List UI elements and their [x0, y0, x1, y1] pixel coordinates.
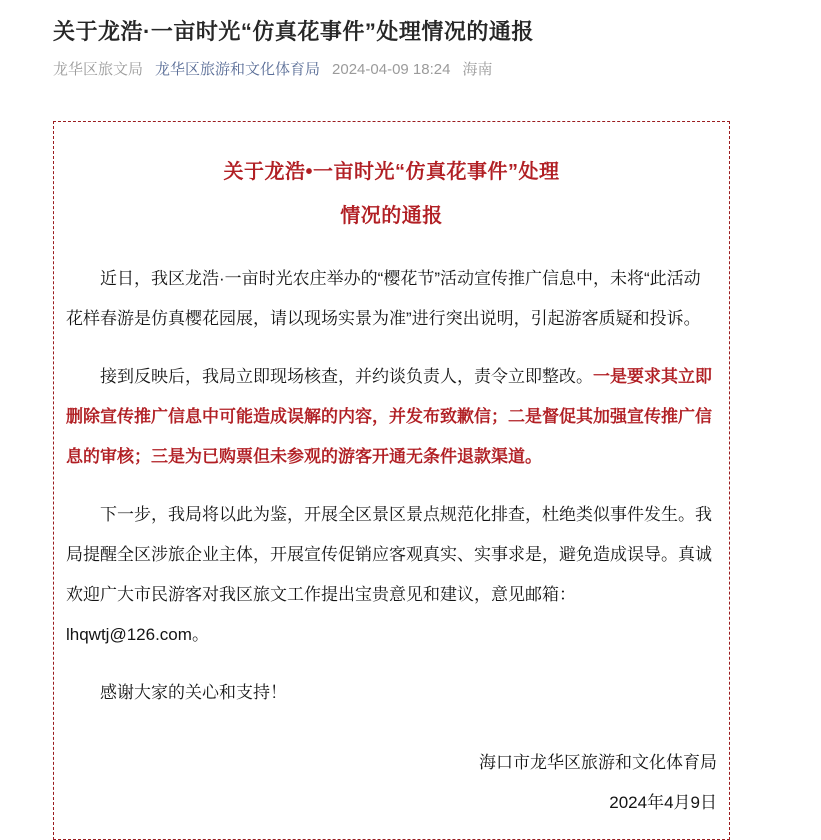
paragraph-2-normal-text: 接到反映后，我局立即现场核查，并约谈负责人，责令立即整改。 — [100, 367, 593, 386]
signature-block: 海口市龙华区旅游和文化体育局 2024年4月9日 — [66, 743, 717, 823]
notice-box: 关于龙浩•一亩时光“仿真花事件”处理 情况的通报 近日，我区龙浩·一亩时光农庄举… — [53, 121, 730, 840]
publish-timestamp: 2024-04-09 18:24 — [332, 60, 450, 80]
paragraph-thanks: 感谢大家的关心和支持！ — [66, 673, 717, 713]
paragraph-1: 近日，我区龙浩·一亩时光农庄举办的“樱花节”活动宣传推广信息中，未将“此活动花样… — [66, 259, 717, 339]
page-title: 关于龙浩·一亩时光“仿真花事件”处理情况的通报 — [53, 16, 768, 48]
notice-heading: 关于龙浩•一亩时光“仿真花事件”处理 情况的通报 — [66, 150, 717, 238]
signature-org: 海口市龙华区旅游和文化体育局 — [66, 743, 717, 783]
article-meta: 龙华区旅文局 龙华区旅游和文化体育局 2024-04-09 18:24 海南 — [53, 60, 768, 80]
paragraph-2: 接到反映后，我局立即现场核查，并约谈负责人，责令立即整改。一是要求其立即删除宣传… — [66, 357, 717, 477]
article-page: 关于龙浩·一亩时光“仿真花事件”处理情况的通报 龙华区旅文局 龙华区旅游和文化体… — [0, 0, 768, 840]
publisher-label: 龙华区旅文局 — [53, 60, 143, 80]
contact-email: lhqwtj@126.com — [66, 625, 192, 644]
notice-heading-line1: 关于龙浩•一亩时光“仿真花事件”处理 — [66, 150, 717, 194]
paragraph-3: 下一步，我局将以此为鉴，开展全区景区景点规范化排查，杜绝类似事件发生。我局提醒全… — [66, 495, 717, 655]
notice-heading-line2: 情况的通报 — [66, 194, 717, 238]
paragraph-3-closing: 。 — [192, 625, 209, 644]
publish-location: 海南 — [462, 60, 492, 80]
signature-date: 2024年4月9日 — [66, 783, 717, 823]
account-name-link[interactable]: 龙华区旅游和文化体育局 — [155, 60, 320, 80]
paragraph-3-text: 下一步，我局将以此为鉴，开展全区景区景点规范化排查，杜绝类似事件发生。我局提醒全… — [66, 505, 712, 604]
